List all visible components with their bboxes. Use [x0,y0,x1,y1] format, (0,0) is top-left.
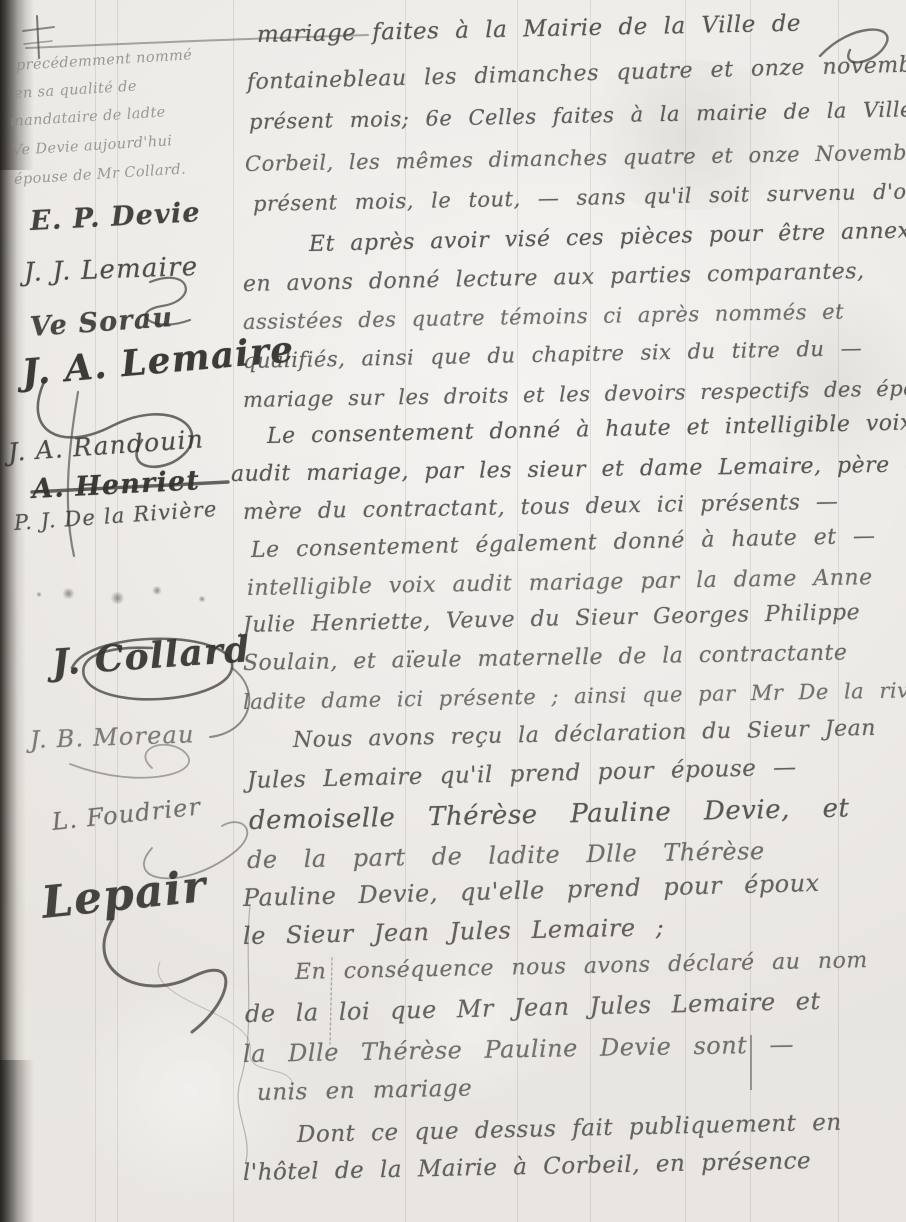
body-line: mariage faites à la Mairie de la Ville d… [257,11,802,48]
signature: E. P. Devie [29,197,201,237]
signature: L. Foudrier [51,792,203,836]
margin-annotation-line: en sa qualité de [14,79,138,102]
signature: J. J. Lemaire [23,252,198,288]
body-line: audit mariage, par les sieur et dame Lem… [231,452,906,487]
body-line: Pauline Devie, qu'elle prend pour époux [243,869,820,912]
body-line: de la loi que Mr Jean Jules Lemaire et [245,987,821,1028]
body-line: l'hôtel de la Mairie à Corbeil, en prése… [243,1148,812,1186]
body-line: en avons donné lecture aux parties compa… [243,259,865,297]
body-line: intelligible voix audit mariage par la d… [247,565,873,601]
body-line: de la part de ladite Dlle Thérèse [247,837,765,874]
signature: J. A. Randouin [7,424,205,467]
ink-smudge [62,588,75,599]
margin-annotation-line: épouse de Mr Collard. [14,161,187,187]
body-line: Dont ce que dessus fait publiquement en [297,1110,842,1148]
body-line: Julie Henriette, Veuve du Sieur Georges … [243,600,861,638]
ink-smudge [198,596,206,602]
signature: Lepair [39,861,209,929]
body-line: qualifiés, ainsi que du chapitre six du … [243,336,863,373]
margin-annotation-line: précédemment nommé [16,47,193,74]
body-line: Le consentement donné à haute et intelli… [267,410,906,449]
body-line: mère du contractant, tous deux ici prése… [243,490,839,525]
body-line: Nous avons reçu la déclaration du Sieur … [293,716,876,753]
body-line: le Sieur Jean Jules Lemaire ; [243,913,665,950]
body-line: assistées des quatre témoins ci après no… [243,300,844,334]
body-line: fontainebleau les dimanches quatre et on… [247,52,906,95]
document-page: précédemment nomméen sa qualité demandat… [0,0,906,1222]
body-line: demoiselle Thérèse Pauline Devie, et [249,793,850,836]
body-line: Corbeil, les mêmes dimanches quatre et o… [245,140,906,176]
paper-crease [233,0,234,1222]
signature: J. B. Moreau [30,720,196,754]
body-line: unis en mariage [257,1075,473,1106]
paper-crease [95,0,96,1222]
body-line: Jules Lemaire qu'il prend pour épouse — [247,755,797,794]
body-line: Le consentement également donné à haute … [251,524,876,563]
body-line: Et après avoir visé ces pièces pour être… [309,216,906,257]
body-line: la Dlle Thérèse Pauline Devie sont — [243,1030,794,1068]
ink-smudge [36,592,42,597]
ink-smudge [152,586,162,595]
ink-smudge [110,592,125,604]
body-line: ladite dame ici présente ; ainsi que par… [243,678,906,714]
body-line: Soulain, et aïeule maternelle de la cont… [243,640,848,676]
body-line: présent mois, le tout, — sans qu'il soit… [253,177,906,216]
body-line: En conséquence nous avons déclaré au nom [295,948,868,985]
margin-annotation-line: Ve Devie aujourd'hui [12,133,173,159]
binding-edge-shadow [0,1060,34,1222]
margin-annotation-line: mandataire de ladte [10,104,167,129]
paper-crease [117,0,118,1222]
body-line: mariage sur les droits et les devoirs re… [243,376,906,412]
body-line: présent mois; 6e Celles faites à la mair… [249,96,906,134]
signature: J. Collard [51,628,252,684]
signature: Ve Sorau [29,302,174,343]
